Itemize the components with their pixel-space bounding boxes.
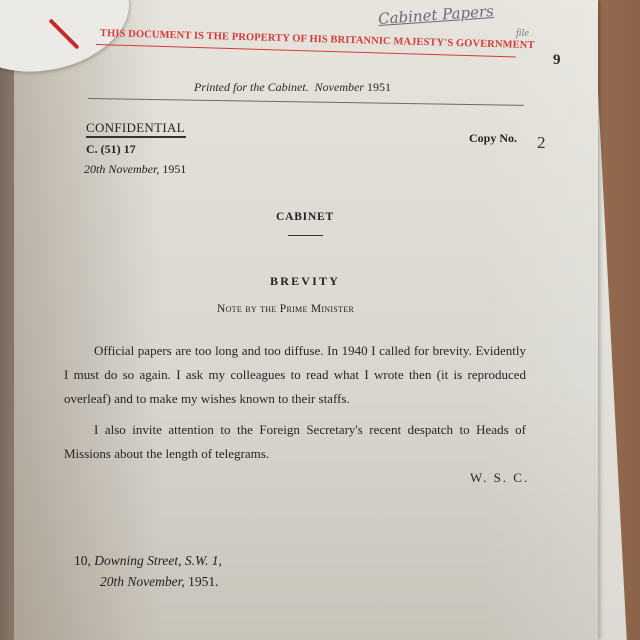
body-text: Official papers are too long and too dif… <box>64 339 526 466</box>
printed-month: November <box>315 80 364 94</box>
signature-initials: W. S. C. <box>470 470 529 486</box>
printed-for-line: Printed for the Cabinet. November 1951 <box>194 80 391 95</box>
address-line-1: 10, Downing Street, S.W. 1, <box>74 550 222 571</box>
address-block: 10, Downing Street, S.W. 1, 20th Novembe… <box>74 550 222 592</box>
document-title: BREVITY <box>270 274 340 289</box>
address-street: Downing Street, S.W. 1, <box>94 553 222 568</box>
section-rule <box>288 235 323 236</box>
body-paragraph: I also invite attention to the Foreign S… <box>64 418 526 466</box>
paper-date-day: 20th November, <box>84 162 159 176</box>
address-line-2: 20th November, 1951. <box>74 571 222 592</box>
page-number: 9 <box>553 52 561 69</box>
paper-date-year: 1951 <box>162 162 186 176</box>
body-paragraph: Official papers are too long and too dif… <box>64 339 526 411</box>
document-page <box>14 0 598 640</box>
printed-for-label: Printed for the Cabinet. <box>194 80 309 94</box>
handwritten-small-note: file <box>516 28 529 39</box>
section-heading: CABINET <box>276 211 334 223</box>
address-date-day: 20th November, <box>100 574 185 589</box>
copy-label: Copy No. <box>469 131 517 146</box>
address-number: 10, <box>74 553 91 568</box>
paper-date: 20th November, 1951 <box>84 162 186 177</box>
classification-underline <box>86 136 186 138</box>
classification-label: CONFIDENTIAL <box>86 120 185 136</box>
paper-reference: C. (51) 17 <box>86 142 136 157</box>
address-date-year: 1951. <box>188 574 218 589</box>
printed-year: 1951 <box>367 80 391 94</box>
document-subtitle: Note by the Prime Minister <box>217 303 354 315</box>
copy-number: 2 <box>537 133 546 153</box>
